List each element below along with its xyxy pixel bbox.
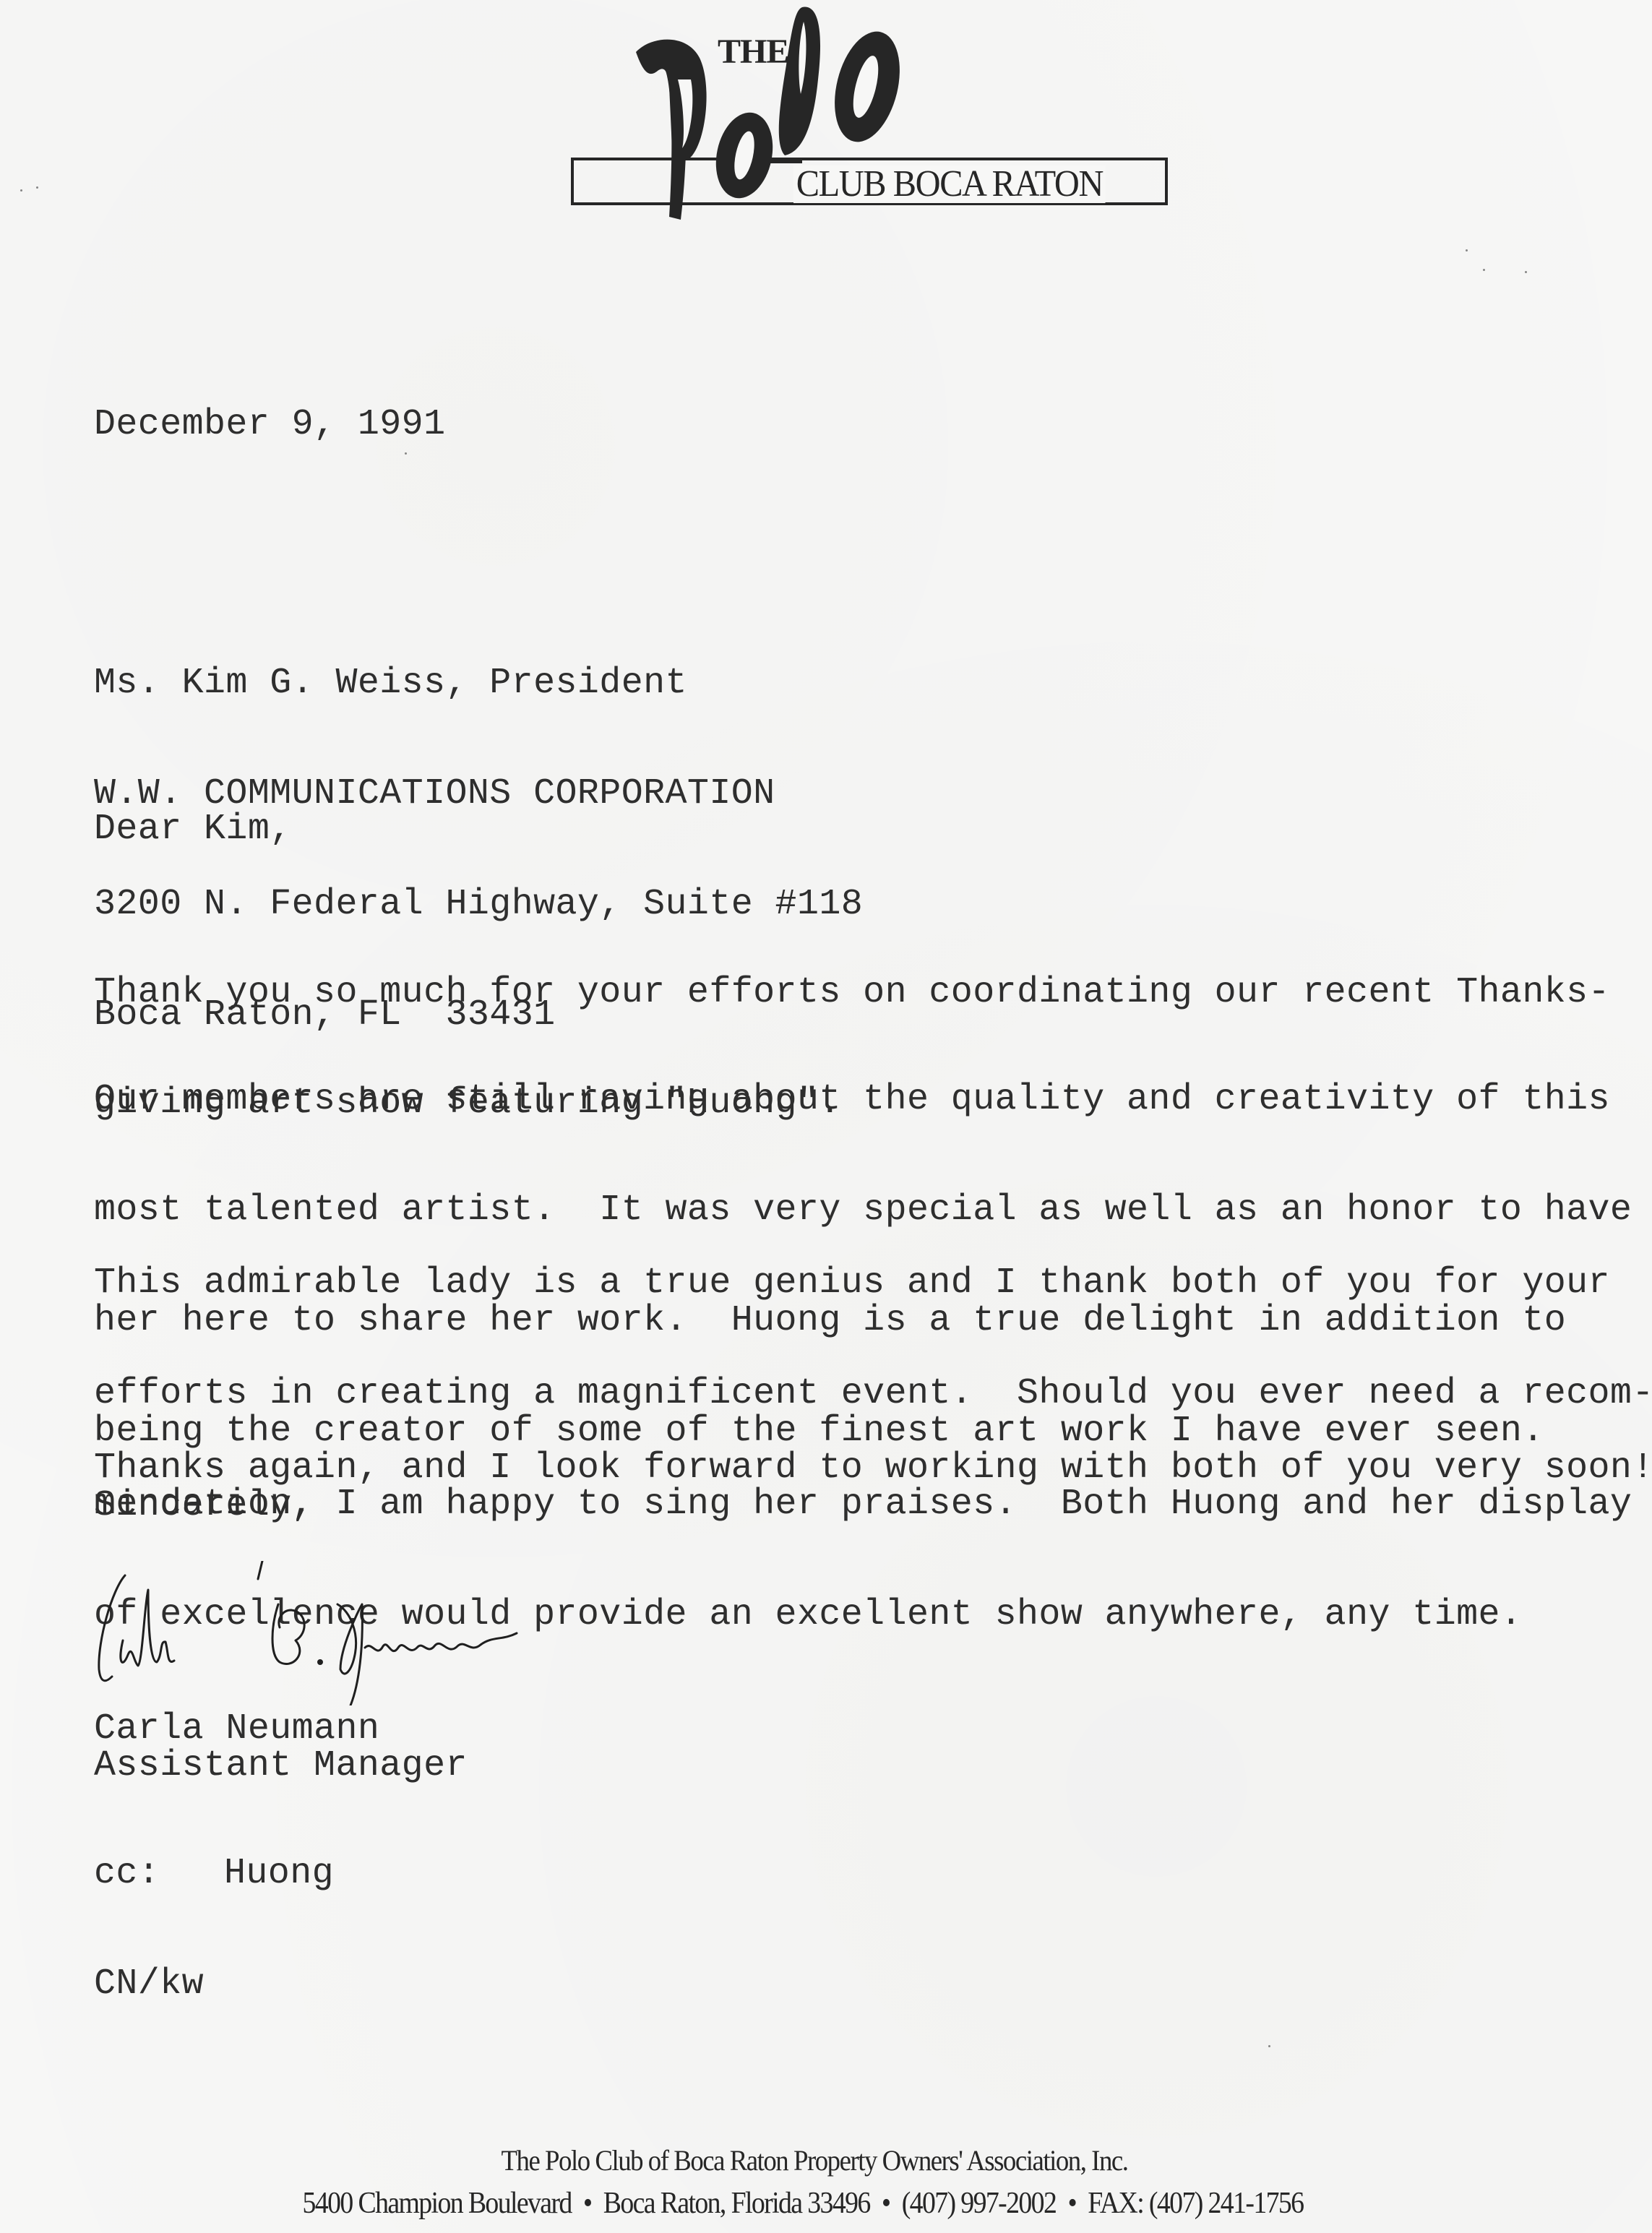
scan-speck (1525, 271, 1527, 273)
scan-speck (1483, 269, 1485, 271)
signer-name: Carla Neumann (94, 1711, 379, 1747)
footer-fax: FAX: (407) 241-1756 (1088, 2187, 1303, 2220)
scan-speck (1268, 2045, 1270, 2047)
closing: Sincerely, (94, 1487, 314, 1524)
letter-date: December 9, 1991 (94, 406, 445, 443)
logo-club-name: CLUB BOCA RATON (793, 165, 1106, 203)
paragraph-line: Thanks again, and I look forward to work… (94, 1450, 1652, 1486)
bullet-separator-icon: • (583, 2186, 592, 2221)
recipient-company: W.W. COMMUNICATIONS CORPORATION (94, 775, 863, 812)
bullet-separator-icon: • (1067, 2186, 1076, 2221)
polo-club-logo: THE CLUB BOCA RATON (564, 0, 1185, 231)
scan-speck (20, 189, 22, 192)
footer-organization: The Polo Club of Boca Raton Property Own… (54, 2143, 1574, 2177)
recipient-name: Ms. Kim G. Weiss, President (94, 665, 863, 702)
paragraph-line: This admirable lady is a true genius and… (94, 1265, 1652, 1301)
scan-speck (36, 186, 38, 189)
letter-page: THE CLUB BOCA RATON December 9, 1991 Ms.… (0, 0, 1652, 2233)
footer-contact-line: 5400 Champion Boulevard•Boca Raton, Flor… (59, 2186, 1546, 2221)
salutation: Dear Kim, (94, 811, 292, 848)
paragraph-line: Our members are still raving about the q… (94, 1081, 1632, 1118)
handwritten-signature-icon (90, 1561, 668, 1705)
reference-initials: CN/kw (94, 1966, 204, 2002)
body-paragraph-4: Thanks again, and I look forward to work… (94, 1376, 1652, 1560)
signer-title: Assistant Manager (94, 1747, 468, 1784)
footer-street: 5400 Champion Boulevard (303, 2187, 572, 2220)
footer-city: Boca Raton, Florida 33496 (603, 2187, 870, 2220)
cc-recipient: Huong (224, 1855, 334, 1892)
scan-speck (405, 452, 407, 455)
paragraph-line: Thank you so much for your efforts on co… (94, 974, 1610, 1011)
scan-speck (1466, 249, 1468, 251)
cc-label: cc: (94, 1855, 160, 1892)
logo-the-text: THE (718, 35, 788, 69)
bullet-separator-icon: • (882, 2186, 890, 2221)
footer-phone: (407) 997-2002 (902, 2187, 1057, 2220)
